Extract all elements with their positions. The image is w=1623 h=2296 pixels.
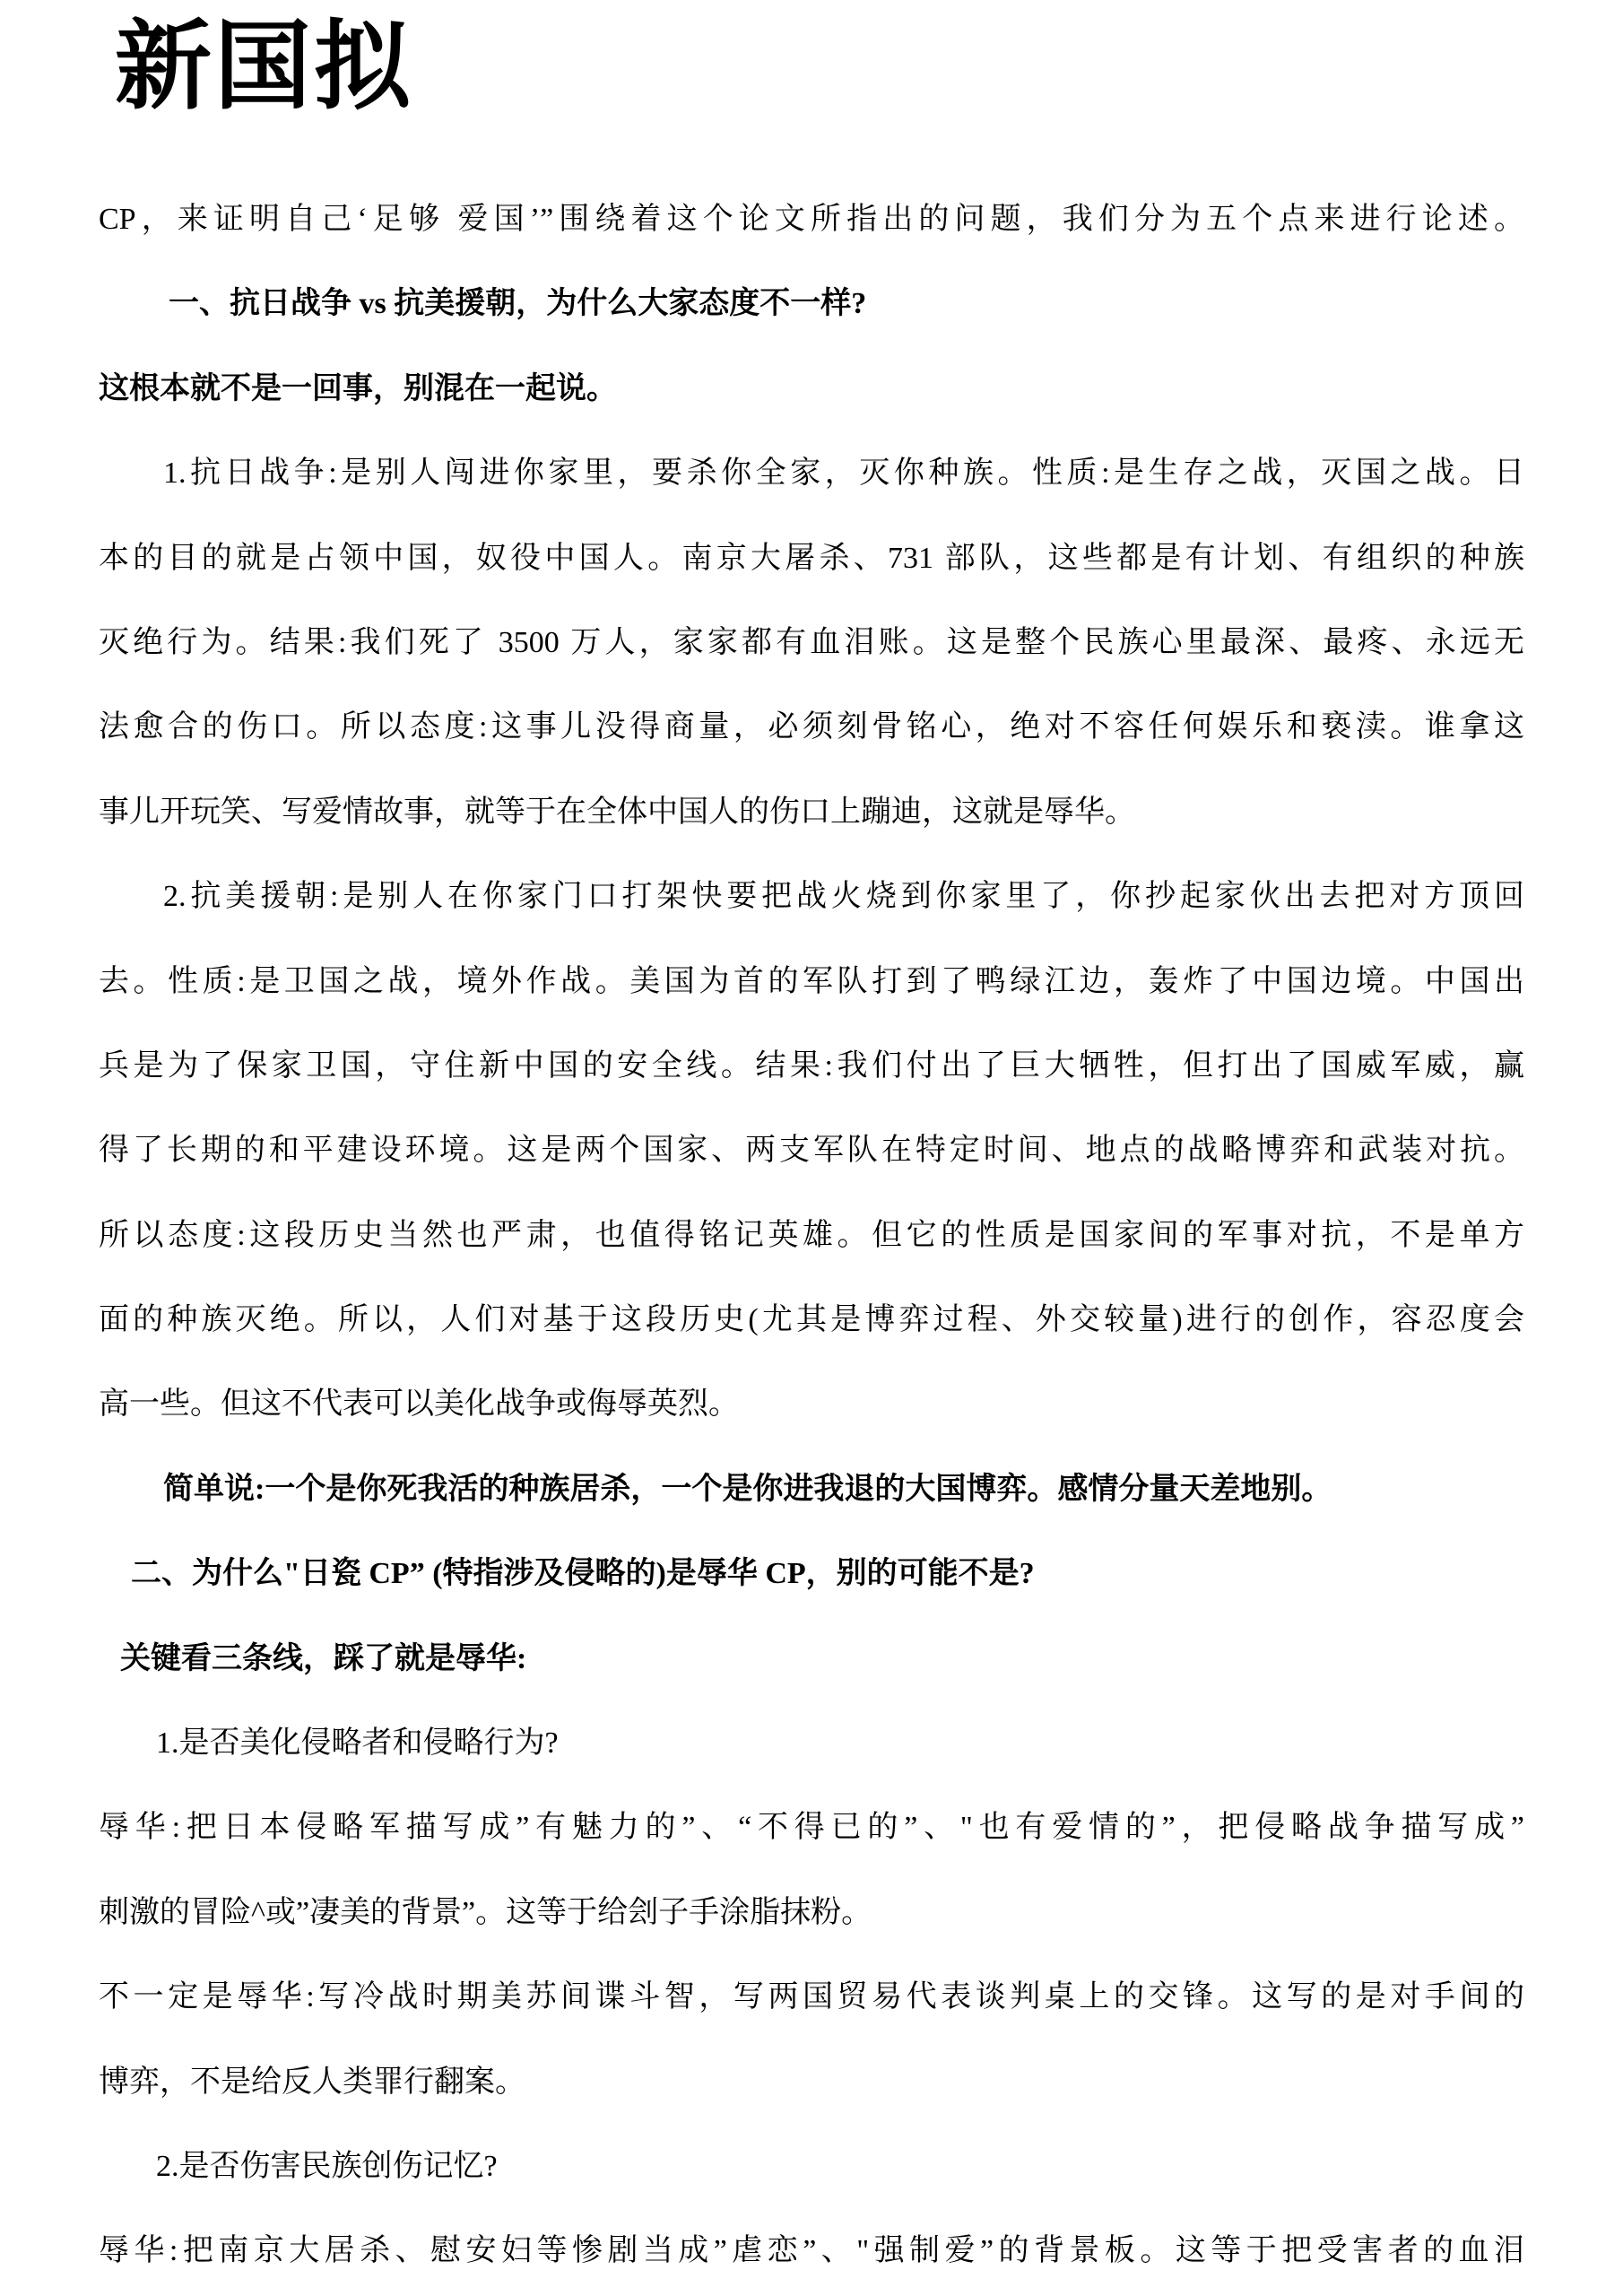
text-line: 兵是为了保家卫国，守住新中国的安全线。结果:我们付出了巨大牺牲，但打出了国威军威…	[99, 1024, 1524, 1109]
text-line: 得了长期的和平建设环境。这是两个国家、两支军队在特定时间、地点的战略博弈和武装对…	[99, 1109, 1524, 1193]
text-line: 本的目的就是占领中国，奴役中国人。南京大屠杀、731 部队，这些都是有计划、有组…	[99, 517, 1524, 601]
text-line: 法愈合的伤口。所以态度:这事儿没得商量，必须刻骨铭心，绝对不容任何娱乐和亵渎。谁…	[99, 685, 1524, 770]
text-line: 刺激的冒险^或”凄美的背景”。这等于给刽子手涂脂抹粉。	[99, 1871, 1524, 1955]
text-line: 不一定是辱华:写冷战时期美苏间谍斗智，写两国贸易代表谈判桌上的交锋。这写的是对手…	[99, 1955, 1524, 2039]
text-line: 面的种族灭绝。所以，人们对基于这段历史(尤其是博弈过程、外交较量)进行的创作，容…	[99, 1278, 1524, 1362]
document-page: 新国拟 CP，来证明自己‘足够 爱国’”围绕着这个论文所指出的问题，我们分为五个…	[0, 0, 1623, 2296]
document-body: CP，来证明自己‘足够 爱国’”围绕着这个论文所指出的问题，我们分为五个点来进行…	[99, 178, 1524, 2294]
text-line: 一、抗日战争 vs 抗美援朝，为什么大家态度不一样?	[99, 262, 1524, 346]
text-line: CP，来证明自己‘足够 爱国’”围绕着这个论文所指出的问题，我们分为五个点来进行…	[99, 178, 1524, 262]
text-line: 2.抗美援朝:是别人在你家门口打架快要把战火烧到你家里了，你抄起家伙出去把对方顶…	[99, 855, 1524, 939]
text-line: 辱华:把日本侵略军描写成”有魅力的”、“不得已的”、"也有爱情的”，把侵略战争描…	[99, 1786, 1524, 1870]
text-line: 关键看三条线，踩了就是辱华:	[99, 1617, 1524, 1701]
text-line: 高一些。但这不代表可以美化战争或侮辱英烈。	[99, 1362, 1524, 1447]
text-line: 1.抗日战争:是别人闯进你家里，要杀你全家，灭你种族。性质:是生存之战，灭国之战…	[99, 431, 1524, 516]
text-line: 二、为什么"日瓷 CP” (特指涉及侵略的)是辱华 CP，别的可能不是?	[99, 1532, 1524, 1616]
text-line: 博弈，不是给反人类罪行翻案。	[99, 2040, 1524, 2125]
text-line: 1.是否美化侵略者和侵略行为?	[99, 1701, 1524, 1786]
text-line: 这根本就不是一回事，别混在一起说。	[99, 347, 1524, 431]
text-line: 去。性质:是卫国之战，境外作战。美国为首的军队打到了鸭绿江边，轰炸了中国边境。中…	[99, 940, 1524, 1024]
text-line: 2.是否伤害民族创伤记忆?	[99, 2125, 1524, 2209]
document-title: 新国拟	[115, 9, 413, 126]
text-line: 灭绝行为。结果:我们死了 3500 万人，家家都有血泪账。这是整个民族心里最深、…	[99, 601, 1524, 685]
text-line: 辱华:把南京大居杀、慰安妇等惨剧当成”虐恋”、"强制爱”的背景板。这等于把受害者…	[99, 2209, 1524, 2293]
text-line: 简单说:一个是你死我活的种族居杀，一个是你进我退的大国博弈。感情分量天差地别。	[99, 1448, 1524, 1532]
text-line: 事儿开玩笑、写爱情故事，就等于在全体中国人的伤口上蹦迪，这就是辱华。	[99, 770, 1524, 855]
text-line: 所以态度:这段历史当然也严肃，也值得铭记英雄。但它的性质是国家间的军事对抗，不是…	[99, 1194, 1524, 1278]
